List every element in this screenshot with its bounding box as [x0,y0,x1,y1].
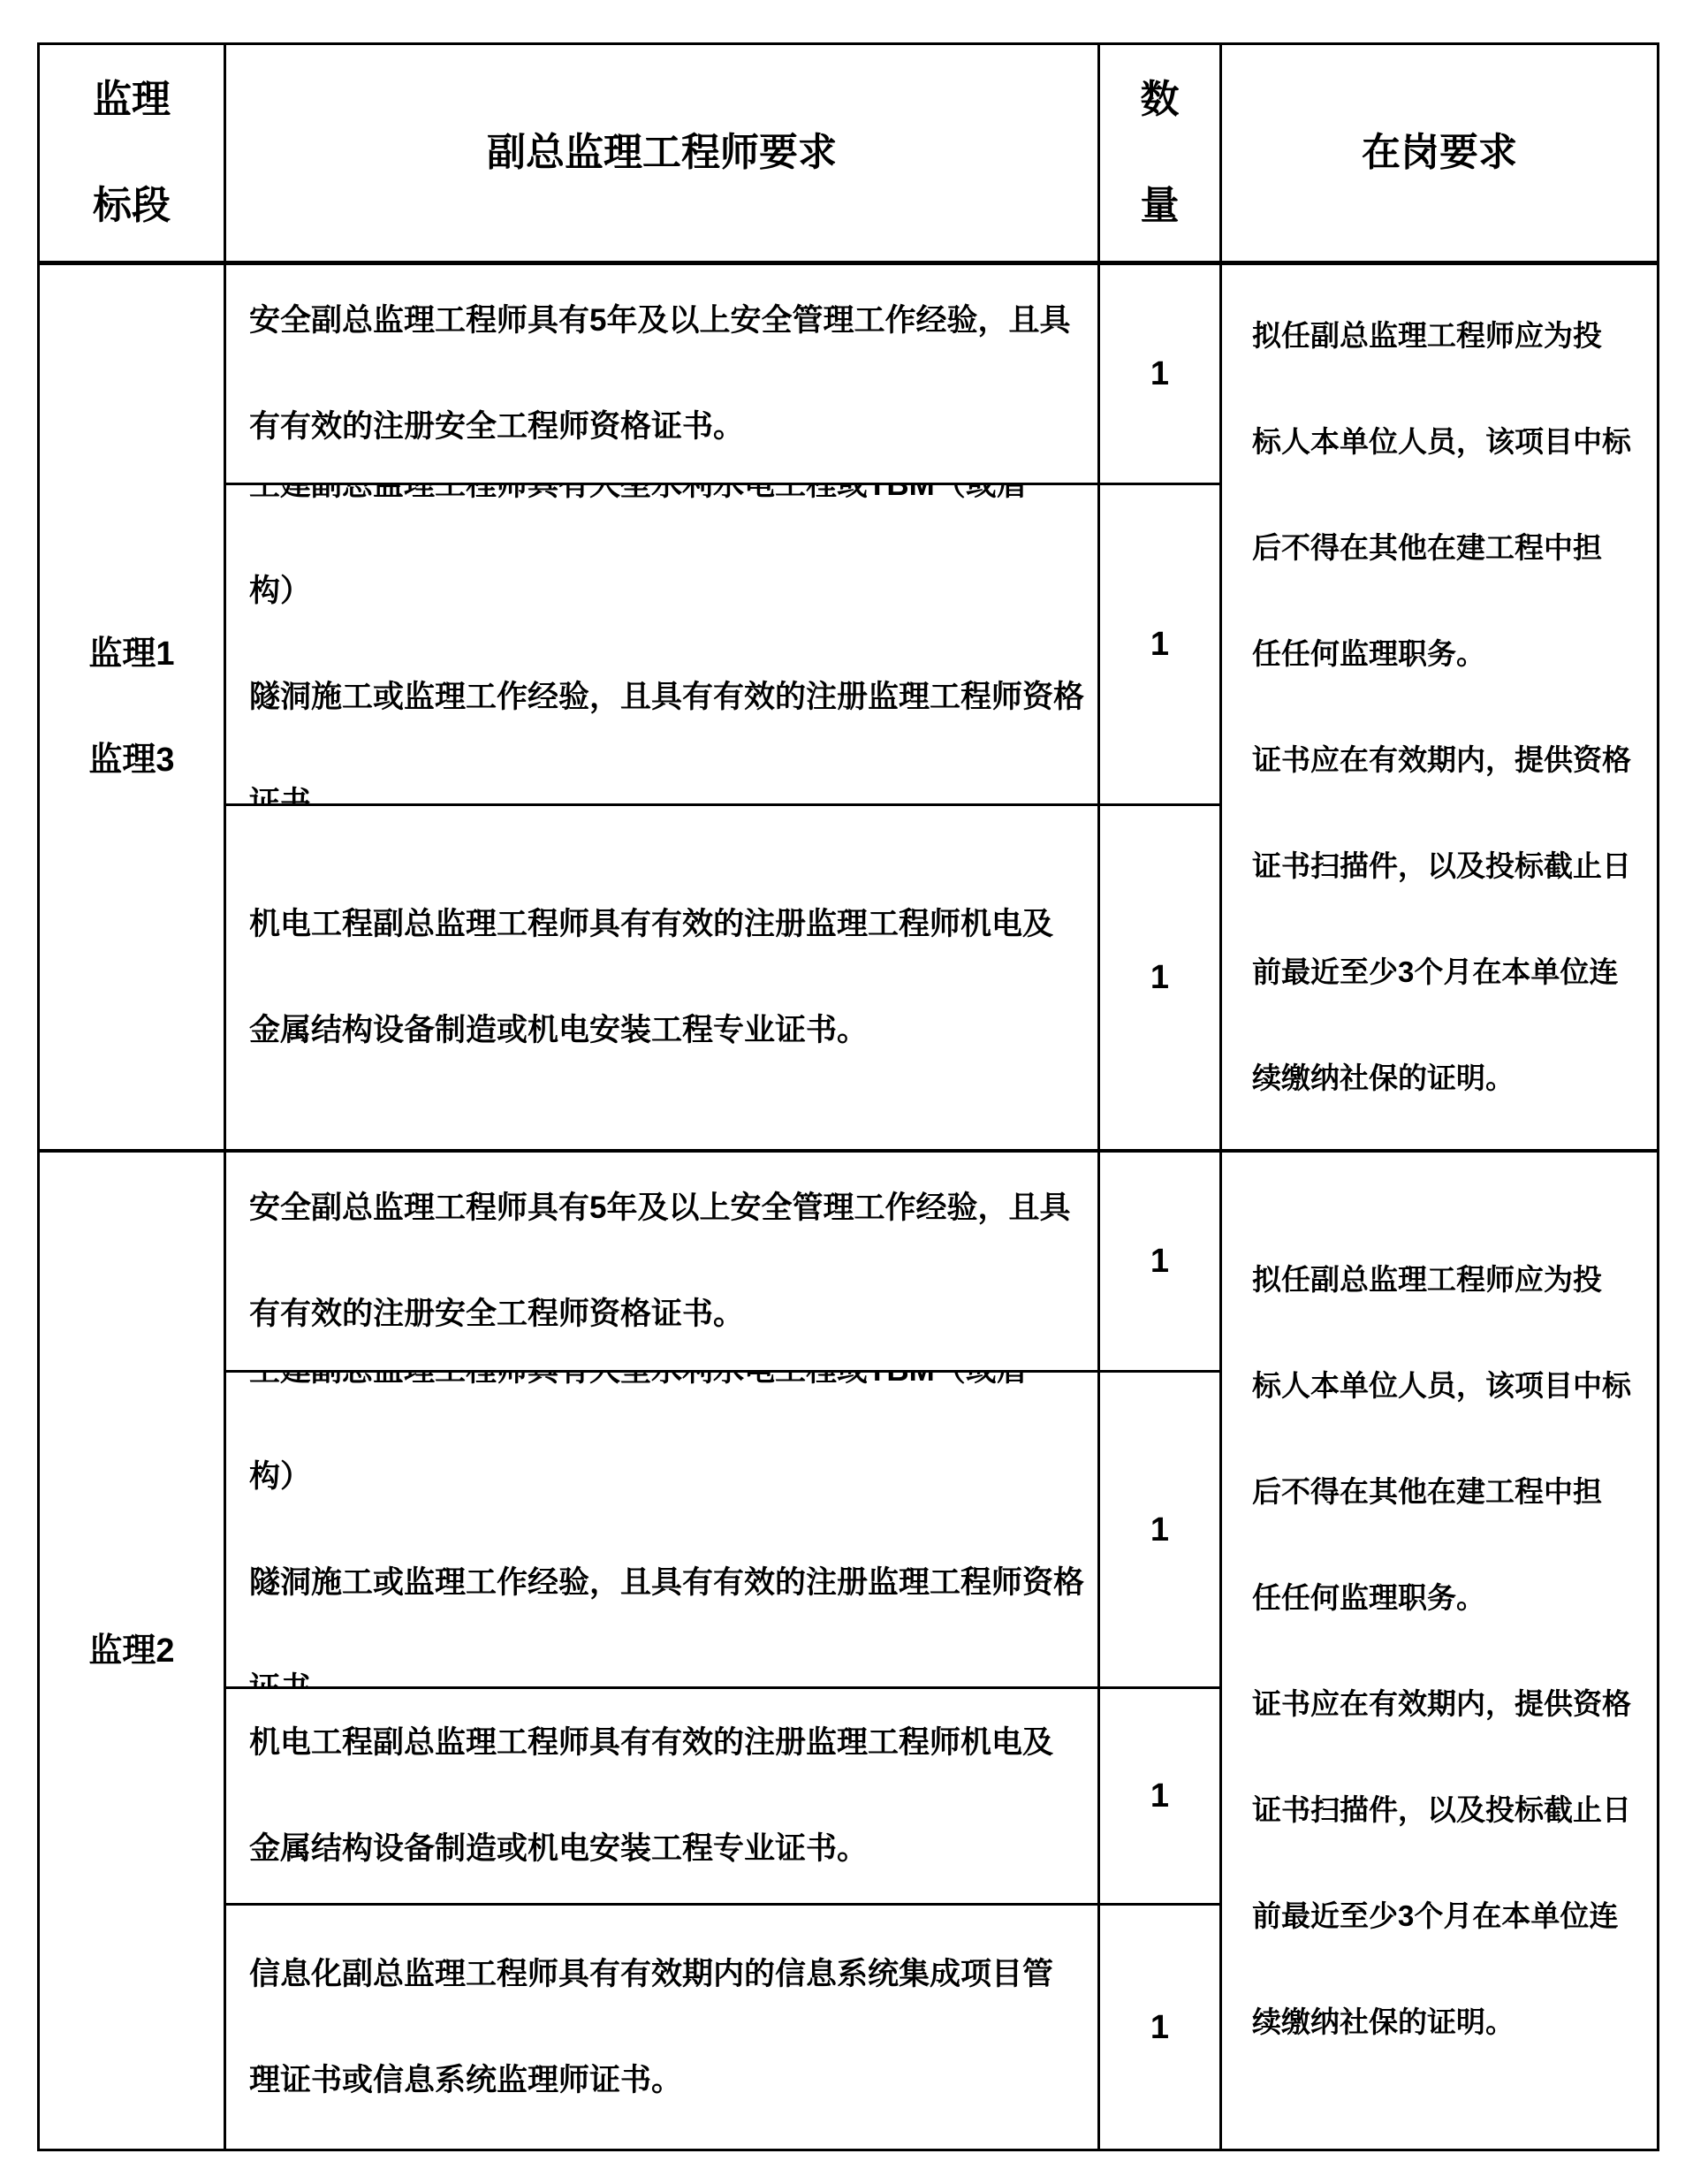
quantity-cell: 1 [1100,1153,1222,1373]
requirements-table: 监理 标段 副总监理工程师要求 数 量 在岗要求 监理1 监理3 安全副总监理工… [37,42,1659,2151]
quantity-cell: 1 [1100,1689,1222,1906]
header-cell-onduty-requirements: 在岗要求 [1222,45,1657,265]
quantity-cell: 1 [1100,265,1222,485]
requirement-cell: 安全副总监理工程师具有5年及以上安全管理工作经验，且具 有有效的注册安全工程师资… [226,265,1100,485]
section-label-2: 监理2 [40,1153,226,2149]
onduty-cell-section-2: 拟任副总监理工程师应为投 标人本单位人员，该项目中标 后不得在其他在建工程中担 … [1222,1153,1657,2149]
quantity-cell: 1 [1100,1373,1222,1689]
requirement-cell: 机电工程副总监理工程师具有有效的注册监理工程师机电及 金属结构设备制造或机电安装… [226,1689,1100,1906]
quantity-cell: 1 [1100,806,1222,1153]
requirement-cell: 信息化副总监理工程师具有有效期内的信息系统集成项目管 理证书或信息系统监理师证书… [226,1906,1100,2149]
header-cell-deputy-chief-requirements: 副总监理工程师要求 [226,45,1100,265]
quantity-cell: 1 [1100,1906,1222,2149]
requirement-cell: 土建副总监理工程师具有大型水利水电工程或TBM（或盾构） 隧洞施工或监理工作经验… [226,1373,1100,1689]
requirement-cell: 安全副总监理工程师具有5年及以上安全管理工作经验，且具 有有效的注册安全工程师资… [226,1153,1100,1373]
section-label-1: 监理1 监理3 [40,265,226,1153]
quantity-cell: 1 [1100,485,1222,806]
header-cell-supervision-section: 监理 标段 [40,45,226,265]
requirement-cell: 机电工程副总监理工程师具有有效的注册监理工程师机电及 金属结构设备制造或机电安装… [226,806,1100,1153]
onduty-cell-section-1: 拟任副总监理工程师应为投 标人本单位人员，该项目中标 后不得在其他在建工程中担 … [1222,265,1657,1153]
requirement-cell: 土建副总监理工程师具有大型水利水电工程或TBM（或盾构） 隧洞施工或监理工作经验… [226,485,1100,806]
header-cell-quantity: 数 量 [1100,45,1222,265]
